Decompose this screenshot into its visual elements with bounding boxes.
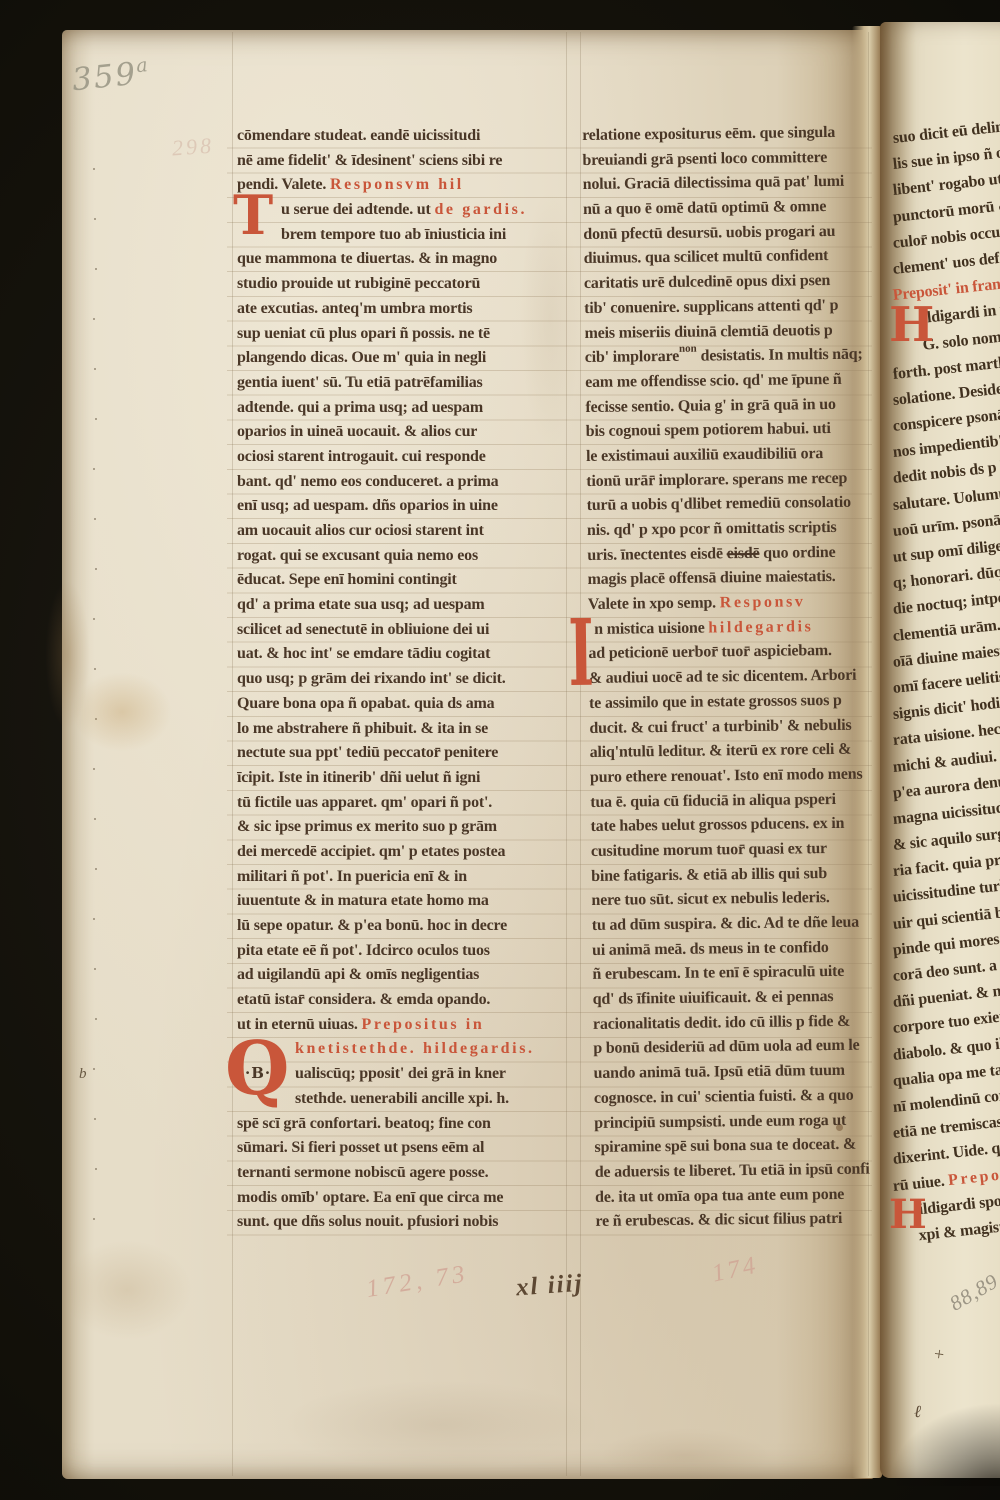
text-line: tionū urār̄ implorare. sperans me recep: [586, 466, 874, 494]
text-line: principiū sumpsisti. unde eum roga ut: [594, 1108, 882, 1136]
prick-mark: [95, 718, 97, 720]
text-line: diuimus. qua scilicet multū confident: [584, 244, 872, 272]
prick-mark: [93, 768, 95, 770]
text-line: ui animā meā. ds meus in te confido: [592, 935, 880, 963]
prick-mark: [94, 518, 96, 520]
text-line: nē ame fidelit' & īdesinent' sciens sibi…: [237, 149, 567, 174]
text-line: cognosce. in cui' scientia fuisti. & a q…: [594, 1083, 882, 1111]
prick-mark: [94, 1118, 96, 1120]
text-line: nectute sua ppt' tediū peccator̄ peniter…: [237, 741, 567, 766]
text-line: & audiui uocē ad te sic dicentem. Arbori: [589, 664, 877, 692]
text-line: gentia iuent' sū. Tu etiā patrēfamilias: [237, 371, 567, 396]
rubric-text: Responsv: [720, 593, 806, 611]
text-line: eam me offendisse scio. qd' me īpune ñ: [585, 367, 873, 395]
text-line: scilicet ad senectutē in obliuione dei u…: [237, 618, 567, 643]
text-line: adtende. qui a prima usq; ad uespam: [237, 396, 567, 421]
text-line: meis miseriis diuinā clemtiā deuotis p: [584, 318, 872, 346]
text-line: sūmari. Si fieri posset ut psens eēm al: [237, 1136, 567, 1161]
prick-mark: [95, 868, 97, 870]
prick-mark: [93, 318, 95, 320]
text-line: ducit. & cui fruct' a turbinib' & nebuli…: [589, 713, 877, 741]
text-line: p bonū desideriū ad dūm uola ad eum le: [593, 1034, 881, 1062]
text-line: militari ñ pot'. In puericia enī & in: [237, 865, 567, 890]
prick-mark: [94, 668, 96, 670]
text-line: puro ethere renouat'. Isto enī modo mens: [590, 762, 878, 790]
rubric-text: knetistethde. hildegardis.: [295, 1040, 535, 1057]
text-line: fecisse sentio. Quia g' in grā quā in uo: [585, 392, 873, 420]
text-line: nū a quo ē omē datū optimū & omne: [583, 195, 871, 223]
text-line: n mistica uisione hildegardis: [588, 614, 876, 642]
prick-mark: [95, 1018, 97, 1020]
prick-mark: [93, 918, 95, 920]
text-line: tū fictile uas apparet. qm' opari ñ pot'…: [237, 791, 567, 816]
text-line: breuiandi grā psenti loco committere: [582, 145, 870, 173]
text-line: nolui. Graciā dilectissima quā pat' lumi: [583, 170, 871, 198]
text-line: cib' implorarenon desistatis. In multis …: [585, 343, 873, 371]
text-line: ternanti sermone nobiscū agere posse.: [237, 1161, 567, 1186]
text-line: spē scī grā confortari. beatoq; fine con: [237, 1112, 567, 1137]
text-line: sunt. que dñs solus nouit. pfusiori nobi…: [237, 1210, 567, 1235]
text-line: sup ueniat cū plus opari ñ possis. ne tē: [237, 322, 567, 347]
text-column-recto: suo dicit eū delinqulis sue in ipso ñ ob…: [893, 126, 1000, 1252]
text-line: Valete in xpo semp. Responsv: [588, 590, 876, 618]
margin-letter-mark: b: [79, 1066, 87, 1083]
illuminated-initial: I: [568, 610, 594, 698]
text-line: ad uigilandū api & omīs negligentias: [237, 963, 567, 988]
rubric-text: hildegardis: [708, 618, 813, 636]
text-line: relatione expositurus eēm. que singula: [582, 120, 870, 148]
text-line: uando animā tuā. Ipsū etiā dūm tuum: [593, 1059, 881, 1087]
prick-mark: [93, 468, 95, 470]
text-line: bant. qd' nemo eos conduceret. a prima: [237, 470, 567, 495]
text-line: oparios in uineā uocauit. & alios cur: [237, 420, 567, 445]
text-line: Quare bona opa ñ opabat. quia ds ama: [237, 692, 567, 717]
text-line: ad peticionē uerbor̄ tuor̄ aspiciebam.: [588, 639, 876, 667]
text-line: de aduersis te liberet. Tu etiā in ipsū …: [595, 1157, 883, 1185]
text-line: le existimaui auxiliū exaudibiliū ora: [586, 441, 874, 469]
prick-mark: [94, 968, 96, 970]
rubric-text: Prepositus in: [361, 1016, 484, 1033]
text-line: de. ita ut omīa opa tua ante eum pone: [595, 1182, 883, 1210]
text-line: bis cognoui spem potiorem habui. uti: [586, 417, 874, 445]
margin-faint-number: 298: [171, 133, 215, 162]
text-line: aliq'ntulū leditur. & iterū ex rore celi…: [590, 738, 878, 766]
text-line: modis omīb' optare. Ea enī que circa me: [237, 1186, 567, 1211]
text-line: īcipit. Iste in itinerib' dñi uelut ñ ig…: [237, 766, 567, 791]
text-line: iuuentute & in matura etate homo ma: [237, 889, 567, 914]
prick-mark: [93, 1218, 95, 1220]
text-line: tua ē. quia cū fiduciā in aliqua psperi: [590, 787, 878, 815]
text-line: brem tempore tuo ab īniusticia ini: [237, 223, 567, 248]
text-line: donū pfectū desursū. uobis progari au: [583, 219, 871, 247]
rubric-text: Responsvm hil: [330, 176, 464, 193]
text-line: uat. & hoc int' se emdare tādiu cogitat: [237, 642, 567, 667]
illuminated-initial: T: [233, 190, 273, 241]
ruling-vertical-line: [580, 32, 581, 1476]
text-line: spiramine spē sui bona sua te doceat. &: [594, 1133, 882, 1161]
text-line: cōmendare studeat. eandē uicissitudi: [237, 124, 567, 149]
text-line: rogat. qui se excusant quia nemo eos: [237, 544, 567, 569]
text-line: ate excutias. anteq'm umbra mortis: [237, 297, 567, 322]
prick-mark: [93, 1068, 95, 1070]
text-line: qd' ds īfinite uiuificauit. & ei pennas: [593, 984, 881, 1012]
text-line: racionalitatis dedit. ido cū illis p fid…: [593, 1009, 881, 1037]
ruling-vertical-line: [232, 32, 233, 1476]
prick-mark: [94, 218, 96, 220]
text-line: qd' a prima etate sua usq; ad uespam: [237, 593, 567, 618]
text-line: que mammona te diuertas. & in magno: [237, 247, 567, 272]
text-line: ēducat. Sepe enī homini contingit: [237, 568, 567, 593]
text-line: bine fatigaris. & etiā ab illis qui sub: [591, 861, 879, 889]
text-segment: non: [679, 337, 697, 362]
illuminated-initial: Q·B·: [225, 1034, 289, 1104]
rubric-text: de gardis.: [434, 201, 527, 218]
text-line: & sic ipse primus ex merito suo p grām: [237, 815, 567, 840]
illuminated-initial: H: [889, 1196, 927, 1234]
text-column-1: cōmendare studeat. eandē uicissitudinē a…: [237, 124, 567, 1235]
prick-mark: [93, 168, 95, 170]
text-line: caritatis urē dulcedinē opus dixi psen: [584, 269, 872, 297]
text-line: tate habes uelut grossos pducens. ex in: [590, 812, 878, 840]
prick-mark: [94, 818, 96, 820]
initial-guide-letter: ·B·: [245, 1066, 271, 1080]
recto-scribble-mark: ℓ: [914, 1402, 921, 1422]
text-line: magis placē offensā diuine maiestatis.: [587, 565, 875, 593]
quire-signature: xl iiij: [515, 1270, 584, 1303]
prick-mark: [93, 618, 95, 620]
text-line: turū a uobis q'dlibet remediū consolatio: [587, 491, 875, 519]
prick-mark: [94, 368, 96, 370]
prick-mark: [95, 418, 97, 420]
text-column-2: relatione expositurus eēm. que singulabr…: [582, 120, 884, 1234]
text-line: plangendo dicas. Oue m' quia in negli: [237, 346, 567, 371]
prick-mark: [95, 568, 97, 570]
text-line: enī usq; ad uespam. dñs oparios in uine: [237, 494, 567, 519]
text-line: ociosi starent introgauit. cui responde: [237, 445, 567, 470]
text-line: tib' conuenire. supplicans attenti qd' p: [584, 293, 872, 321]
text-line: nis. qd' p xpo pcor ñ omittatis scriptis: [587, 515, 875, 543]
prick-mark: [95, 268, 97, 270]
text-line: nere tuo sūt. sicut ex nebulis lederis.: [591, 886, 879, 914]
text-line: te assimilo que in estate grossos suos p: [589, 688, 877, 716]
text-line: uris. īnectentes eisdē eisdē quo ordine: [587, 540, 875, 568]
text-line: re ñ erubescas. & dic sicut filius patri: [595, 1207, 883, 1235]
text-line: am uocauit alios cur ociosi starent int: [237, 519, 567, 544]
rubric-text: Preposi: [947, 1164, 1000, 1188]
text-line: pendi. Valete. Responsvm hil: [237, 173, 567, 198]
prick-mark: [95, 1168, 97, 1170]
text-line: quo usq; p grām dei rixando int' se dici…: [237, 667, 567, 692]
text-line: lo me abstrahere ñ phibuit. & ita in se: [237, 717, 567, 742]
photograph-background: { "document": { "folio_number": "359", "…: [0, 0, 1000, 1500]
text-line: tu ad dūm suspira. & dic. Ad te dñe leua: [592, 910, 880, 938]
text-line: u serue dei adtende. ut de gardis.: [237, 198, 567, 223]
illuminated-initial: H: [889, 303, 934, 349]
text-line: dei mercedē accipiet. qm' p etates poste…: [237, 840, 567, 865]
text-line: etatū istar̄ considera. & emda opando.: [237, 988, 567, 1013]
text-line: lū sepe opatur. & p'ea bonū. hoc in decr…: [237, 914, 567, 939]
text-line: ñ erubescam. In te enī ē spiraculū uite: [592, 960, 880, 988]
text-segment: eisdē: [727, 545, 760, 562]
text-line: cusitudine morum tuor̄ quasi ex tur: [591, 836, 879, 864]
text-line: studio prouide ut rubiginē peccatorū: [237, 272, 567, 297]
text-line: pita etate eē ñ pot'. Idcirco oculos tuo…: [237, 939, 567, 964]
